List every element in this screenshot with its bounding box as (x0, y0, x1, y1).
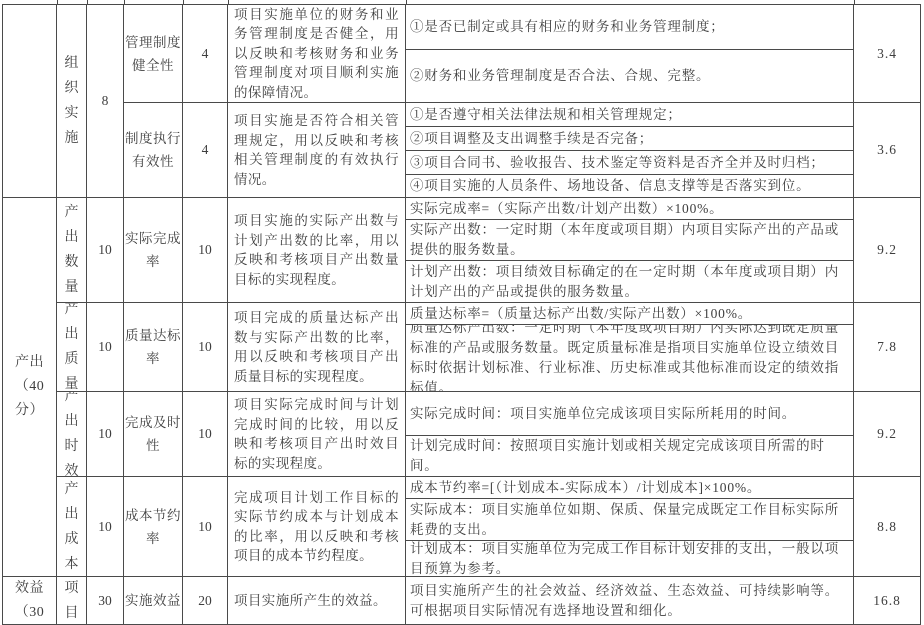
criteria-text: 计划成本：项目实施单位为完成工作目标计划安排的支出，一般以项目预算为参考。 (410, 541, 847, 577)
indicator-name-cell: 质量达标率 (124, 303, 183, 392)
group-weight-cell: 8 (87, 5, 124, 198)
criteria-cell: 成本节约率=[（计划成本-实际成本）/计划成本]×100%。 (406, 477, 854, 499)
indicator-name-cell: 制度执行有效性 (124, 103, 183, 198)
group-cell-output-quality: 产 出 质 量 (57, 303, 87, 392)
criteria-cell: 计划成本：项目实施单位为完成工作目标计划安排的支出，一般以项目预算为参考。 (406, 541, 854, 577)
indicator-name-cell: 实际完成率 (124, 198, 183, 303)
criteria-text: 实际成本：项目实施单位如期、保质、保量完成既定工作目标实际所耗费的支出。 (410, 500, 847, 540)
criteria-text: 计划产出数：项目绩效目标确定的在一定时期（本年度或项目期）内计划产出的产品或提供… (410, 262, 847, 302)
performance-evaluation-table: 组 织 实 施 8 管理制度健全性 4 项目实施单位的财务和业务管理制度是否健全… (2, 4, 921, 625)
score-cell: 9.2 (854, 392, 921, 477)
indicator-name-cell: 实施效益 (124, 577, 183, 625)
group-cell-output-quantity: 产 出 数 量 (57, 198, 87, 303)
indicator-description: 项目实施的实际产出数与计划产出数的比率，用以反映和考核项目产出数量目标的实现程度… (234, 211, 399, 289)
criteria-cell: 项目实施所产生的社会效益、经济效益、生态效益、可持续影响等。可根据项目实际情况有… (406, 577, 854, 625)
criteria-text: ②财务和业务管理制度是否合法、合规、完整。 (410, 66, 847, 86)
criteria-text: ①是否遵守相关法律法规和相关管理规定； (410, 105, 847, 125)
criteria-text: ①是否已制定或具有相应的财务和业务管理制度； (410, 17, 847, 37)
score-cell: 3.4 (854, 5, 921, 103)
group-weight-cell: 30 (87, 577, 124, 625)
indicator-name-cell: 成本节约率 (124, 477, 183, 577)
criteria-cell: 质量达标产出数：一定时期（本年度或项目期）内实际达到既定质量标准的产品或服务数量… (406, 325, 854, 392)
criteria-text: 计划完成时间：按照项目实施计划或相关规定完成该项目所需的时间。 (410, 436, 847, 476)
indicator-points-cell: 10 (183, 477, 228, 577)
indicator-description-cell: 完成项目计划工作目标的实际节约成本与计划成本的比率，用以反映和考核项目的成本节约… (228, 477, 406, 577)
criteria-cell: 计划产出数：项目绩效目标确定的在一定时期（本年度或项目期）内计划产出的产品或提供… (406, 261, 854, 303)
indicator-description: 项目完成的质量达标产出数与实际产出数的比率，用以反映和考核项目产出质量目标的实现… (234, 308, 399, 386)
indicator-points-cell: 4 (183, 5, 228, 103)
indicator-description-cell: 项目实施的实际产出数与计划产出数的比率，用以反映和考核项目产出数量目标的实现程度… (228, 198, 406, 303)
criteria-text: 质量达标产出数：一定时期（本年度或项目期）内实际达到既定质量标准的产品或服务数量… (410, 325, 847, 392)
criteria-text: 成本节约率=[（计划成本-实际成本）/计划成本]×100%。 (410, 478, 847, 498)
score-cell: 9.2 (854, 198, 921, 303)
indicator-points-cell: 10 (183, 392, 228, 477)
indicator-description-cell: 项目实施所产生的效益。 (228, 577, 406, 625)
indicator-name-cell: 完成及时性 (124, 392, 183, 477)
criteria-text: 实际产出数：一定时期（本年度或项目期）内项目实际产出的产品或提供的服务数量。 (410, 220, 847, 260)
indicator-name-cell: 管理制度健全性 (124, 5, 183, 103)
criteria-text: 实际完成时间：项目实施单位完成该项目实际所耗用的时间。 (410, 404, 847, 424)
criteria-text: ③项目合同书、验收报告、技术鉴定等资料是否齐全并及时归档； (410, 153, 847, 173)
group-weight-cell: 10 (87, 392, 124, 477)
score-cell: 3.6 (854, 103, 921, 198)
indicator-description: 项目实际完成时间与计划完成时间的比较，用以反映和考核项目产出时效目标的实现程度。 (234, 395, 399, 473)
criteria-cell: 质量达标率=（质量达标产出数/实际产出数）×100%。 (406, 303, 854, 325)
group-cell-output-timeliness: 产 出 时 效 (57, 392, 87, 477)
criteria-cell: 实际成本：项目实施单位如期、保质、保量完成既定工作目标实际所耗费的支出。 (406, 499, 854, 541)
criteria-text: 项目实施所产生的社会效益、经济效益、生态效益、可持续影响等。可根据项目实际情况有… (410, 581, 847, 621)
criteria-cell: ②财务和业务管理制度是否合法、合规、完整。 (406, 50, 854, 103)
indicator-points-cell: 4 (183, 103, 228, 198)
group-weight-cell: 10 (87, 477, 124, 577)
criteria-cell: ④项目实施的人员条件、场地设备、信息支撑等是否落实到位。 (406, 175, 854, 198)
indicator-description: 项目实施单位的财务和业务管理制度是否健全，用以反映和考核财务和业务管理制度对项目… (234, 5, 399, 102)
indicator-description: 完成项目计划工作目标的实际节约成本与计划成本的比率，用以反映和考核项目的成本节约… (234, 488, 399, 566)
criteria-text: 质量达标率=（质量达标产出数/实际产出数）×100%。 (410, 304, 847, 324)
indicator-description: 项目实施所产生的效益。 (234, 591, 399, 611)
group-weight-cell: 10 (87, 198, 124, 303)
indicator-description-cell: 项目实施是否符合相关管理规定，用以反映和考核相关管理制度的有效执行情况。 (228, 103, 406, 198)
group-cell-organization: 组 织 实 施 (57, 5, 87, 198)
group-cell-output-cost: 产 出 成 本 (57, 477, 87, 577)
criteria-cell: ①是否遵守相关法律法规和相关管理规定； (406, 103, 854, 127)
criteria-cell: 实际完成时间：项目实施单位完成该项目实际所耗用的时间。 (406, 392, 854, 436)
score-cell: 7.8 (854, 303, 921, 392)
criteria-cell: 计划完成时间：按照项目实施计划或相关规定完成该项目所需的时间。 (406, 436, 854, 477)
indicator-description-cell: 项目实际完成时间与计划完成时间的比较，用以反映和考核项目产出时效目标的实现程度。 (228, 392, 406, 477)
group-cell-project: 项 目 (57, 577, 87, 625)
criteria-text: ④项目实施的人员条件、场地设备、信息支撑等是否落实到位。 (410, 176, 847, 196)
criteria-text: ②项目调整及支出调整手续是否完备； (410, 129, 847, 149)
criteria-text: 实际完成率=（实际产出数/计划产出数）×100%。 (410, 199, 847, 219)
criteria-cell: ①是否已制定或具有相应的财务和业务管理制度； (406, 5, 854, 50)
indicator-points-cell: 20 (183, 577, 228, 625)
category-cell-output: 产出 （40 分） (3, 198, 57, 577)
indicator-description: 项目实施是否符合相关管理规定，用以反映和考核相关管理制度的有效执行情况。 (234, 111, 399, 189)
indicator-points-cell: 10 (183, 303, 228, 392)
indicator-description-cell: 项目实施单位的财务和业务管理制度是否健全，用以反映和考核财务和业务管理制度对项目… (228, 5, 406, 103)
criteria-cell: ②项目调整及支出调整手续是否完备； (406, 127, 854, 151)
score-cell: 16.8 (854, 577, 921, 625)
indicator-points-cell: 10 (183, 198, 228, 303)
score-cell: 8.8 (854, 477, 921, 577)
category-cell-benefit: 效益 （30 (3, 577, 57, 625)
category-cell-empty (3, 5, 57, 198)
criteria-cell: 实际产出数：一定时期（本年度或项目期）内项目实际产出的产品或提供的服务数量。 (406, 220, 854, 261)
criteria-cell: 实际完成率=（实际产出数/计划产出数）×100%。 (406, 198, 854, 220)
criteria-cell: ③项目合同书、验收报告、技术鉴定等资料是否齐全并及时归档； (406, 151, 854, 175)
indicator-description-cell: 项目完成的质量达标产出数与实际产出数的比率，用以反映和考核项目产出质量目标的实现… (228, 303, 406, 392)
group-weight-cell: 10 (87, 303, 124, 392)
